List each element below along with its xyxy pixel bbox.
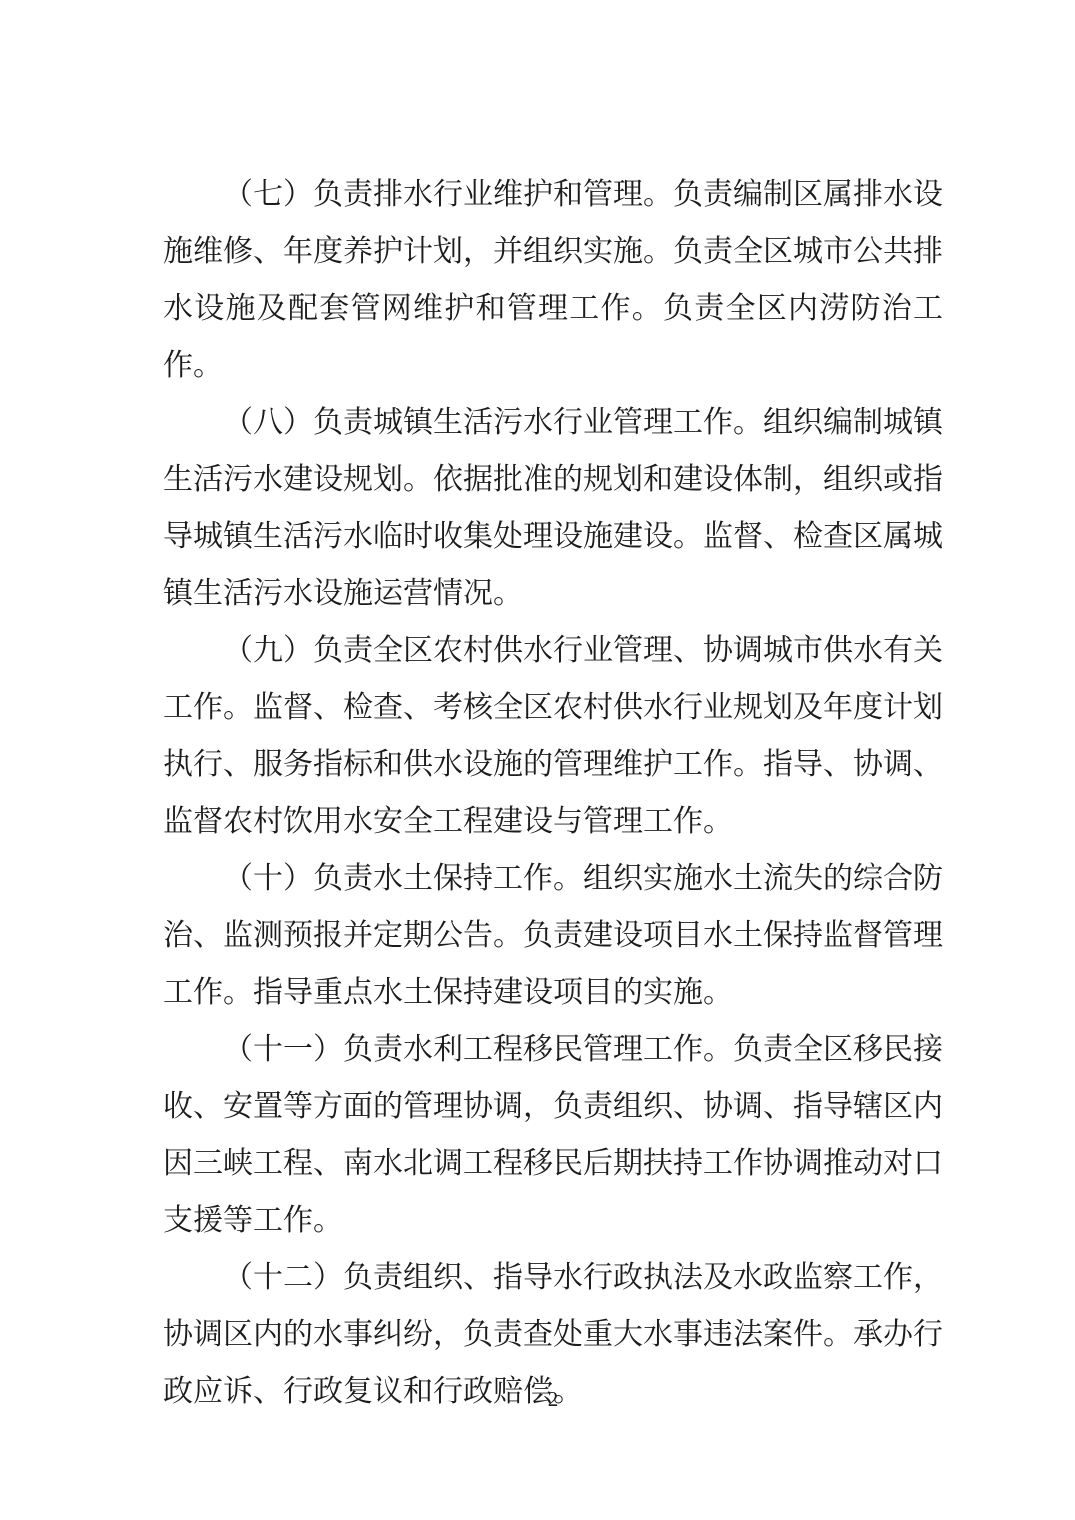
page-number: 2	[163, 1386, 943, 1412]
paragraph-item-8: （八）负责城镇生活污水行业管理工作。组织编制城镇生活污水建设规划。依据批准的规划…	[163, 394, 943, 622]
document-page: （七）负责排水行业维护和管理。负责编制区属排水设施维修、年度养护计划，并组织实施…	[0, 0, 1075, 1520]
paragraph-item-7: （七）负责排水行业维护和管理。负责编制区属排水设施维修、年度养护计划，并组织实施…	[163, 166, 943, 394]
paragraph-item-11: （十一）负责水利工程移民管理工作。负责全区移民接收、安置等方面的管理协调，负责组…	[163, 1021, 943, 1249]
paragraph-item-10: （十）负责水土保持工作。组织实施水土流失的综合防治、监测预报并定期公告。负责建设…	[163, 850, 943, 1021]
document-body: （七）负责排水行业维护和管理。负责编制区属排水设施维修、年度养护计划，并组织实施…	[163, 166, 943, 1420]
paragraph-item-9: （九）负责全区农村供水行业管理、协调城市供水有关工作。监督、检查、考核全区农村供…	[163, 622, 943, 850]
